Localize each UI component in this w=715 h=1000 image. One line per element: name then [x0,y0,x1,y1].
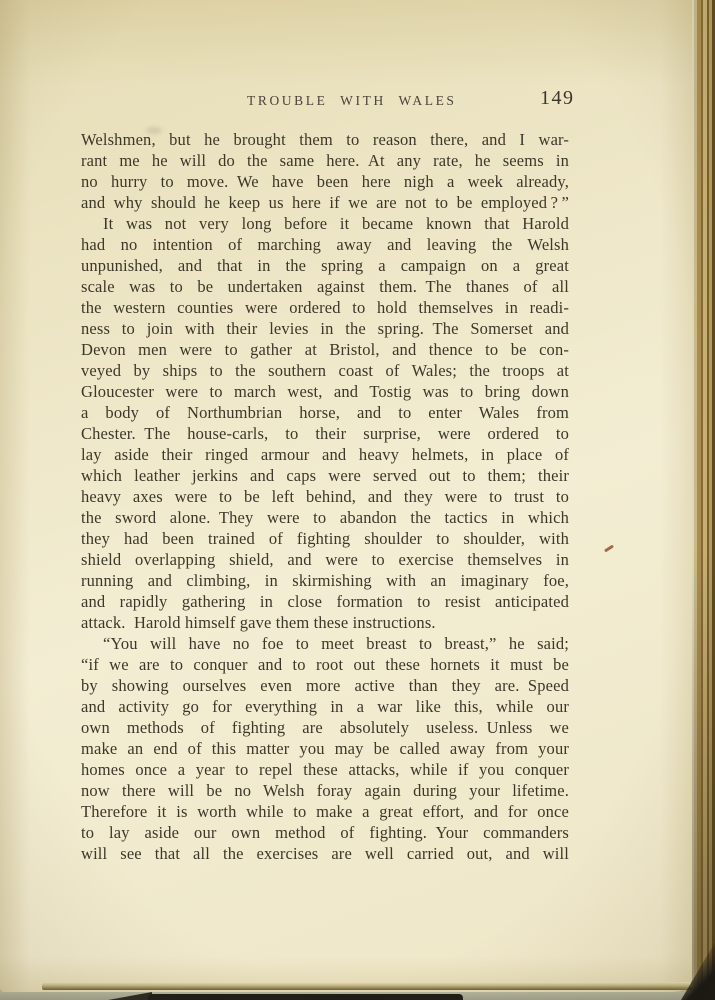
text-line: rant me he will do the same here. At any… [81,150,569,171]
book-page: TROUBLE WITH WALES 149 Welshmen, but he … [0,0,694,992]
text-line: Gloucester were to march west, and Tosti… [81,381,569,402]
text-line: and activity go for everything in a war … [81,696,569,717]
red-ink-speck [604,545,614,553]
text-line: Chester. The house-carls, to their surpr… [81,423,569,444]
text-line: veyed by ships to the southern coast of … [81,360,569,381]
running-title: TROUBLE WITH WALES [247,93,457,109]
text-line: to lay aside our own method of fighting.… [81,822,569,843]
text-line: by showing ourselves even more active th… [81,675,569,696]
page-bottom-edge [42,982,692,990]
text-line: will see that all the exercises are well… [81,843,569,864]
text-line: running and climbing, in skirmishing wit… [81,570,569,591]
text-line: heavy axes were to be left behind, and t… [81,486,569,507]
book-right-pages-edge [692,0,715,1000]
text-line: “You will have no foe to meet breast to … [81,633,569,654]
book-scan-photo: TROUBLE WITH WALES 149 Welshmen, but he … [0,0,715,1000]
text-line: and why should he keep us here if we are… [81,192,569,213]
text-line: It was not very long before it became kn… [81,213,569,234]
text-line: scale was to be undertaken against them.… [81,276,569,297]
text-line: no hurry to move. We have been here nigh… [81,171,569,192]
text-line: unpunished, and that in the spring a cam… [81,255,569,276]
text-line: now there will be no Welsh foray again d… [81,780,569,801]
text-line: which leather jerkins and caps were serv… [81,465,569,486]
text-line: the sword alone. They were to abandon th… [81,507,569,528]
book-cover-shadow-bar [148,994,463,1000]
text-line: ness to join with their levies in the sp… [81,318,569,339]
text-line: and rapidly gathering in close formation… [81,591,569,612]
text-line: attack. Harold himself gave them these i… [81,612,569,633]
text-line: had no intention of marching away and le… [81,234,569,255]
text-line: homes once a year to repel these attacks… [81,759,569,780]
text-block: Welshmen, but he brought them to reason … [81,129,569,864]
shadow-wedge [108,992,152,1000]
text-line: “if we are to conquer and to root out th… [81,654,569,675]
text-line: make an end of this matter you may be ca… [81,738,569,759]
text-line: the western counties were ordered to hol… [81,297,569,318]
text-line: Devon men were to gather at Bristol, and… [81,339,569,360]
text-line: own methods of fighting are absolutely u… [81,717,569,738]
smudge-mark [146,127,162,134]
text-line: a body of Northumbrian horse, and to ent… [81,402,569,423]
text-line: they had been trained of fighting should… [81,528,569,549]
page-number: 149 [540,87,575,110]
page-header: TROUBLE WITH WALES 149 [0,0,694,130]
text-line: Therefore it is worth while to make a gr… [81,801,569,822]
text-line: lay aside their ringed armour and heavy … [81,444,569,465]
text-line: shield overlapping shield, and were to e… [81,549,569,570]
